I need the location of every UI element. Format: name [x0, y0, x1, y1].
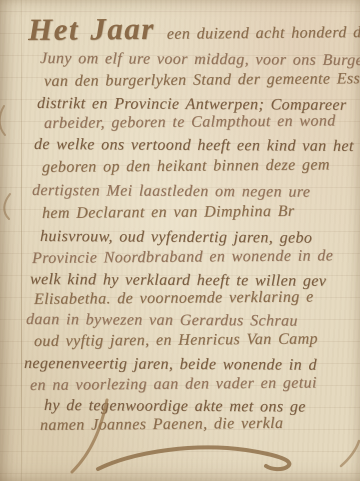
- manuscript-line: van den burgerlyken Stand der gemeente E…: [44, 70, 360, 91]
- manuscript-line: Elisabetha. de voornoemde verklaring e: [34, 289, 314, 309]
- manuscript-line: Het Jaareen duizend acht honderd de: [28, 9, 360, 48]
- pen-stroke-left-edge-upper: [0, 106, 5, 135]
- manuscript-line: hy de tegenwoordige akte met ons ge: [44, 397, 306, 417]
- opening-words: Het Jaar: [28, 11, 155, 47]
- manuscript-line: oud vyftig jaren, en Henricus Van Camp: [34, 331, 318, 351]
- margin-rule: [21, 0, 22, 481]
- manuscript-line: namen Joannes Paenen, die verkla: [40, 415, 284, 435]
- manuscript-line: Provincie Noordbraband en wonende in de: [32, 247, 333, 268]
- pen-stroke-left-edge-lower: [4, 194, 10, 219]
- manuscript-line: en na voorlezing aan den vader en getui: [30, 374, 317, 395]
- manuscript-line: hem Declarant en van Dimphina Br: [42, 203, 295, 223]
- line-text: een duizend acht honderd de: [167, 24, 360, 43]
- manuscript-line: arbeider, geboren te Calmpthout en wond: [44, 112, 336, 133]
- manuscript-line: daan in bywezen van Gerardus Schrau: [26, 311, 298, 331]
- manuscript-line: Juny om elf ure voor middag, voor ons Bu…: [40, 50, 360, 70]
- manuscript-line: de welke ons vertoond heeft een kind van…: [34, 136, 360, 156]
- pen-stroke-flourish: [98, 447, 289, 469]
- pen-stroke-right-edge: [341, 441, 359, 466]
- manuscript-line: dertigsten Mei laastleden om negen ure: [32, 182, 310, 202]
- manuscript-page: Het Jaareen duizend acht honderd de Juny…: [0, 0, 360, 481]
- manuscript-line: negenenveertig jaren, beide wonende in d: [24, 355, 317, 375]
- manuscript-line: geboren op den heikant binnen deze gem: [42, 156, 330, 177]
- manuscript-line: huisvrouw, oud vyfendertig jaren, gebo: [40, 228, 312, 248]
